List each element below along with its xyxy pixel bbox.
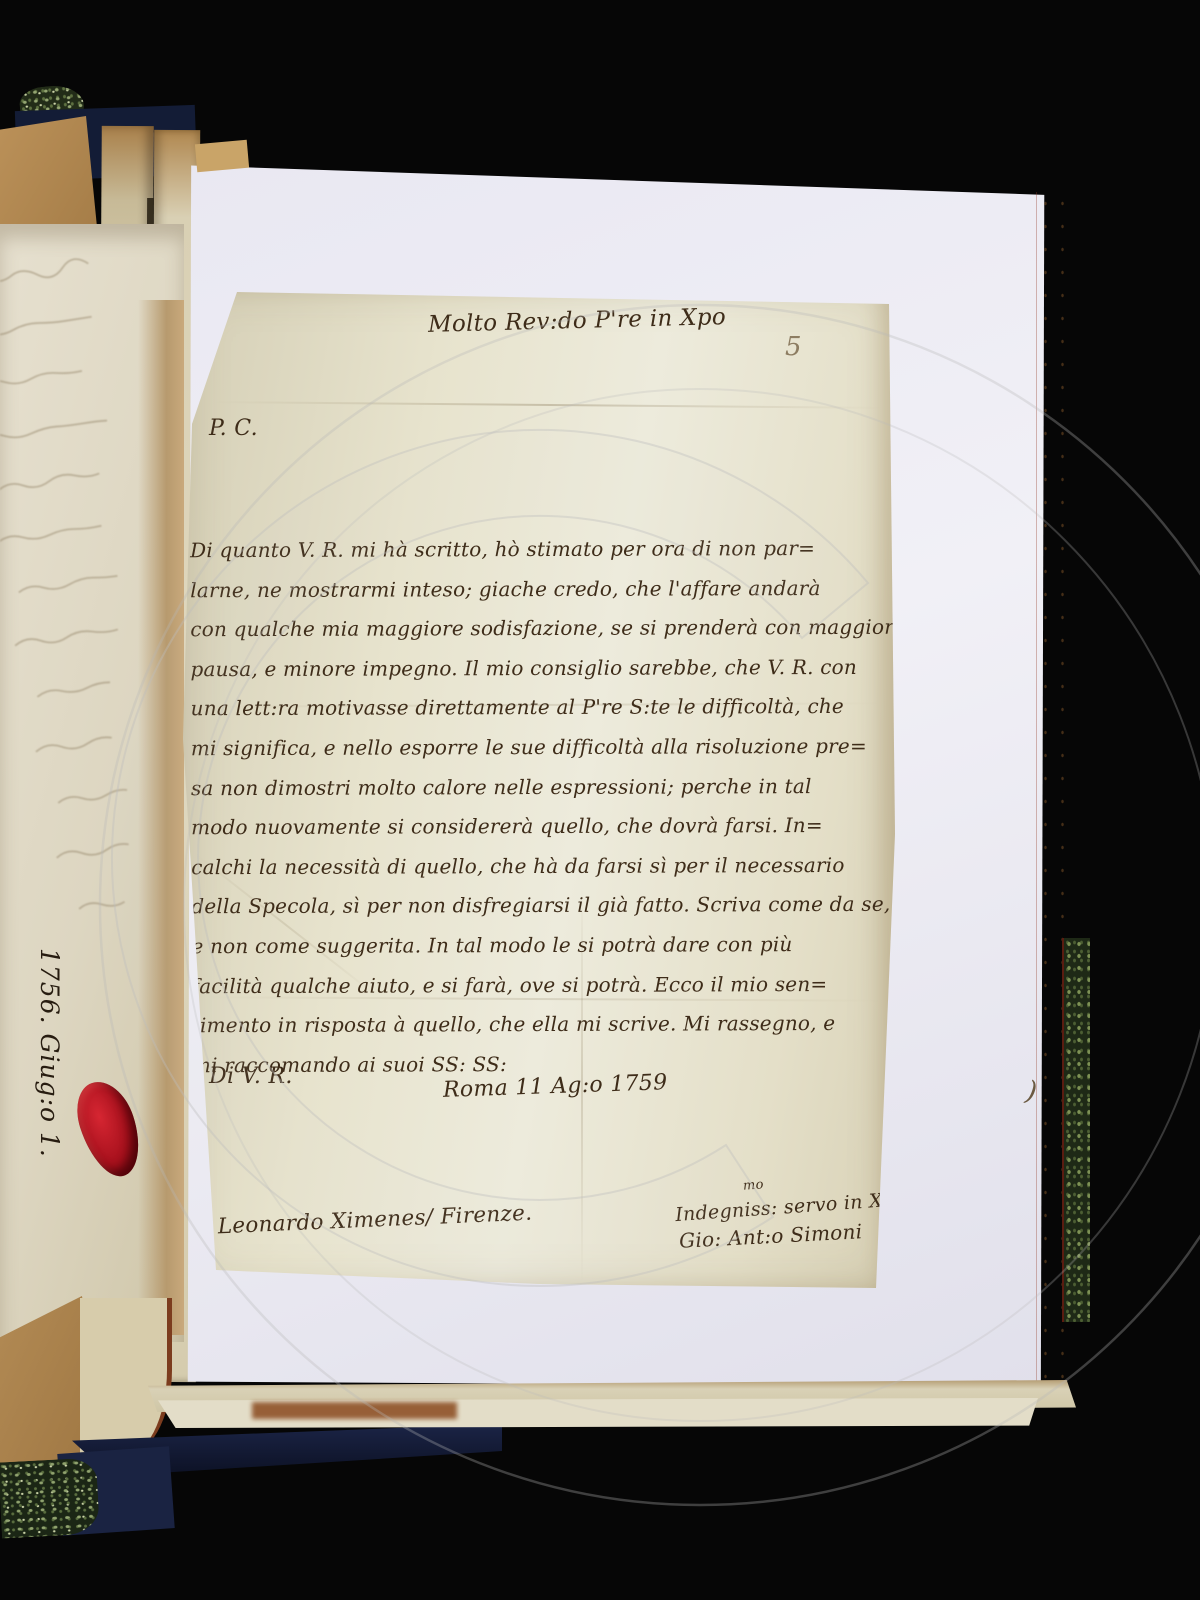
address-line: P. Leonardo Ximenes/ Firenze. [193, 1201, 533, 1241]
browned-gutter-stain [138, 300, 184, 1335]
body-line: larne, ne mostrarmi inteso; giache credo… [190, 568, 890, 610]
manuscript-letter-page: Molto Rev:do P're in Xpo 5 P. C. Di quan… [183, 284, 895, 1292]
body-line: con qualche mia maggiore sodisfazione, s… [190, 608, 890, 650]
signature-title: Indegniss: servo in Xpo [675, 1188, 908, 1226]
signature-name: Gio: Ant:o Simoni [678, 1219, 863, 1253]
body-line: e non come suggerita. In tal modo le si … [191, 925, 891, 967]
body-line: pausa, e minore impegno. Il mio consigli… [190, 648, 890, 690]
body-line: una lett:ra motivasse direttamente al P'… [191, 687, 891, 729]
body-line: timento in risposta à quello, che ella m… [192, 1004, 892, 1046]
fold-crease [213, 401, 883, 409]
closing-line: Di V. R. [209, 1064, 293, 1089]
body-line: sa non dimostri molto calore nelle espre… [191, 766, 891, 808]
body-line: modo nuovamente si considererà quello, c… [191, 806, 891, 848]
signature-superscript: mo [743, 1177, 765, 1193]
letter-body: Di quanto V. R. mi hà scritto, hò stimat… [190, 529, 892, 1086]
body-line: Di quanto V. R. mi hà scritto, hò stimat… [190, 529, 890, 571]
amber-stain-bottom-edge [252, 1402, 457, 1419]
folio-number: 5 [785, 332, 802, 362]
letter-heading: Molto Rev:do P're in Xpo [428, 304, 727, 338]
marbled-cover-corner-bottom [0, 1457, 100, 1538]
photo-of-bound-manuscript: ) Molto Rev:do P're in Xpo 5 P. C. Di qu… [0, 0, 1200, 1600]
salutation: P. C. [209, 416, 258, 441]
page-stack-edge-bottom-left [80, 1298, 172, 1458]
body-line: mi significa, e nello esporre le sue dif… [191, 727, 891, 769]
paper-tab-top [195, 140, 249, 172]
marbled-cover-edge-right [1062, 938, 1090, 1322]
body-line: calchi la necessità di quello, che hà da… [191, 846, 891, 888]
body-line: facilità qualche aiuto, e si farà, ove s… [192, 964, 892, 1006]
archival-date-note: 1756. Giug:o 1. [35, 948, 64, 1158]
body-line: della Specola, sì per non disfregiarsi i… [191, 885, 891, 927]
